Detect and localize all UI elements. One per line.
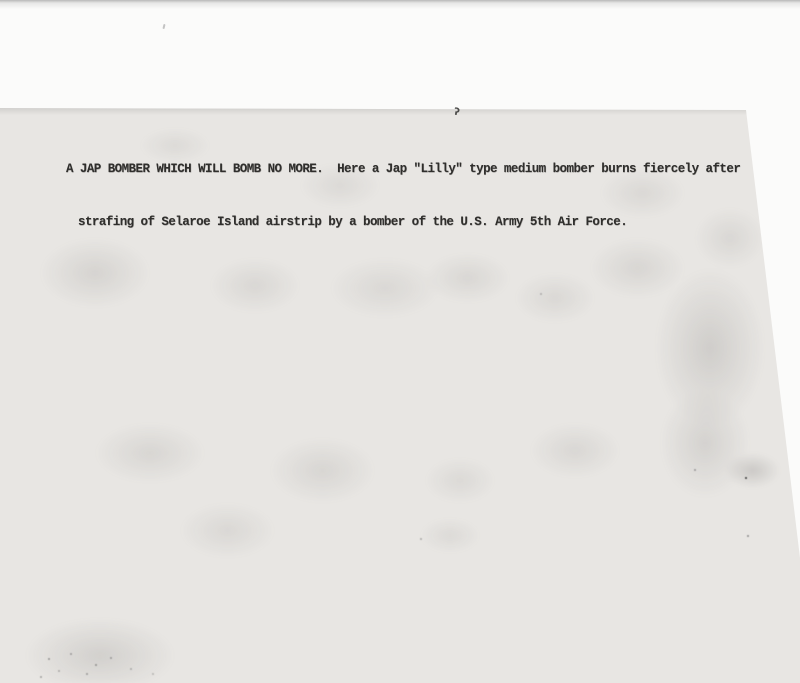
typewritten-caption: A JAP BOMBER WHICH WILL BOMB NO MORE. He… xyxy=(66,126,740,266)
scanned-photo-back: A JAP BOMBER WHICH WILL BOMB NO MORE. He… xyxy=(0,0,800,683)
stray-typed-mark: ʔ xyxy=(453,107,460,119)
caption-line-1: A JAP BOMBER WHICH WILL BOMB NO MORE. He… xyxy=(66,161,740,179)
caption-line-2: strafing of Selaroe Island airstrip by a… xyxy=(66,214,740,232)
paper-top-edge-shadow xyxy=(0,108,800,115)
scanner-edge-shadow xyxy=(0,0,800,9)
margin-fleck xyxy=(162,24,165,29)
